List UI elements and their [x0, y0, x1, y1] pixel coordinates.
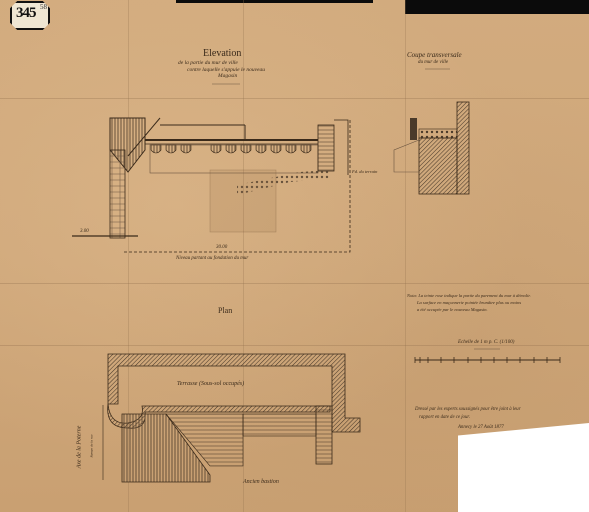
elevation-title: Elevation: [203, 48, 241, 59]
terrace-label: Terrasse (Sous-sol occupés): [177, 381, 244, 387]
elevation-left-level: 3.00: [80, 229, 89, 234]
section-subtitle: du mur de ville: [418, 60, 448, 65]
scale-title: Echelle de 1 m p. C. (1/100): [458, 340, 514, 345]
signature-line-1: Dressé par les experts soussignés pour ê…: [415, 407, 521, 412]
note-line-1: Nota: La teinte rose indique la partie d…: [407, 293, 531, 298]
elevation-bottom-caption: Niveau partant au fondation du mur: [176, 256, 248, 261]
signature-line-3: Annecy le 27 Août 1877: [458, 425, 504, 430]
torn-paper-corner: [458, 423, 589, 512]
axis-label: Axe de la Poterne: [76, 426, 82, 469]
elevation-right-label: Fd. du terrain: [352, 169, 377, 174]
note-line-2: La surface en maçonnerie pointée brunâtr…: [417, 300, 521, 305]
axis-sublabel: Rampe de la rue: [90, 434, 94, 457]
signature-line-2: rapport en date de ce jour.: [419, 415, 470, 420]
note-line-3: a été occupée par le nouveau Magasin.: [417, 307, 488, 312]
elevation-dimension: 30.00: [216, 245, 227, 250]
elevation-drawing: [72, 118, 350, 252]
section-drawing: [394, 102, 469, 194]
bastion-label: Ancien bastion: [243, 479, 279, 485]
elevation-subtitle-3: Magasin: [218, 73, 237, 79]
plan-drawing: [103, 354, 360, 482]
section-title: Coupe transversale: [407, 51, 462, 59]
scale-bar: [415, 349, 560, 363]
drawing-sheet: 345 58: [0, 0, 589, 512]
plan-title: Plan: [218, 306, 232, 315]
elevation-subtitle-1: de la partie du mur de ville: [178, 60, 238, 66]
